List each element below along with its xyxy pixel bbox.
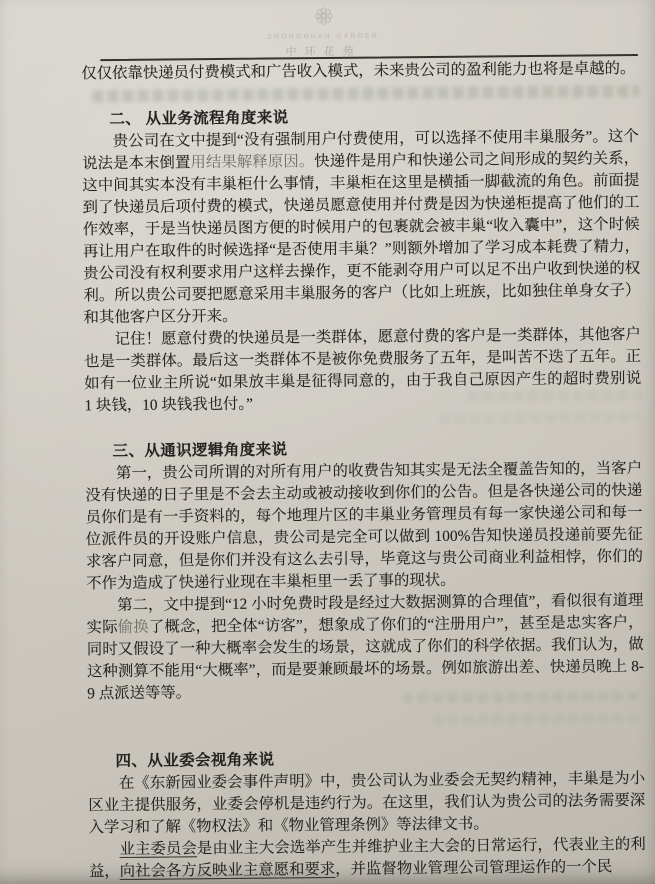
paragraph: 仅仅依靠快递员付费模式和广告收入模式，未来贵公司的盈利能力也将是卓越的。 (81, 58, 638, 85)
paragraph: 业主委员会是由业主大会选举产生并维护业主大会的日常运行，代表业主的利益，向社会各… (89, 834, 646, 883)
letter-body: 仅仅依靠快递员付费模式和广告收入模式，未来贵公司的盈利能力也将是卓越的。二、 从… (81, 58, 646, 883)
paragraph: 记住！愿意付费的快递员是一类群体，愿意付费的客户是一类群体，其他客户也是一类群体… (84, 324, 642, 417)
text-run: 第一，贵公司所谓的对所有用户的收费告知其实是无法全覆盖告知的，当客户没有快递的日… (85, 460, 643, 592)
paragraph: 贵公司在文中提到“没有强制用户付费使用，可以选择不使用丰巢服务”。这个说法是本末… (82, 126, 641, 329)
community-letterhead: ZHONGHUAN GARDEN 中环花苑 (0, 2, 651, 62)
text-run: 业主委员会 (119, 840, 197, 858)
document-photo: ZHONGHUAN GARDEN 中环花苑 仅仅依靠快递员付费模式和广告收入模式… (0, 0, 655, 884)
flower-emblem-icon (312, 5, 334, 27)
text-run: 向社会各方反映业主意愿和要求 (120, 861, 336, 880)
paper-page: ZHONGHUAN GARDEN 中环花苑 仅仅依靠快递员付费模式和广告收入模式… (0, 0, 655, 884)
paragraph: 第二，文中提到“12 小时免费时段是经过大数据测算的合理值”，看似很有道理实际偷… (86, 590, 644, 705)
text-run: 三、从通识逻辑角度来说 (113, 441, 288, 460)
text-run: 二、 从业务流程角度来说 (109, 109, 288, 128)
text-run: 仅仅依靠快递员付费模式和广告收入模式，未来贵公司的盈利能力也将是卓越的。 (81, 60, 635, 82)
text-run: 在《东新园业委会事件声明》中，贵公司认为业委会无契约精神，丰巢是为小区业主提供服… (88, 770, 645, 836)
paragraph: 第一，贵公司所谓的对所有用户的收费告知其实是无法全覆盖告知的，当客户没有快递的日… (85, 458, 643, 595)
text-run: 偷换 (118, 619, 149, 636)
paragraph: 在《东新园业委会事件声明》中，贵公司认为业委会无契约精神，丰巢是为小区业主提供服… (88, 768, 646, 839)
text-run: 了概念，把全体“访客”，想象成了你们的“注册用户”，甚至是忠实客户，同时又假设了… (87, 614, 644, 702)
text-run: ，并监督物业管理公司管理运作的一个民 (335, 858, 612, 878)
text-run: 记住！愿意付费的快递员是一类群体，愿意付费的客户是一类群体，其他客户也是一类群体… (84, 326, 641, 414)
text-run: 四、从业委会视角来说 (116, 752, 275, 771)
text-run: 用结果解释原因。 (190, 153, 314, 171)
text-run: 快递件是用户和快递公司之间形成的契约关系，这中间其实本没有丰巢柜什么事情，丰巢柜… (82, 150, 640, 326)
